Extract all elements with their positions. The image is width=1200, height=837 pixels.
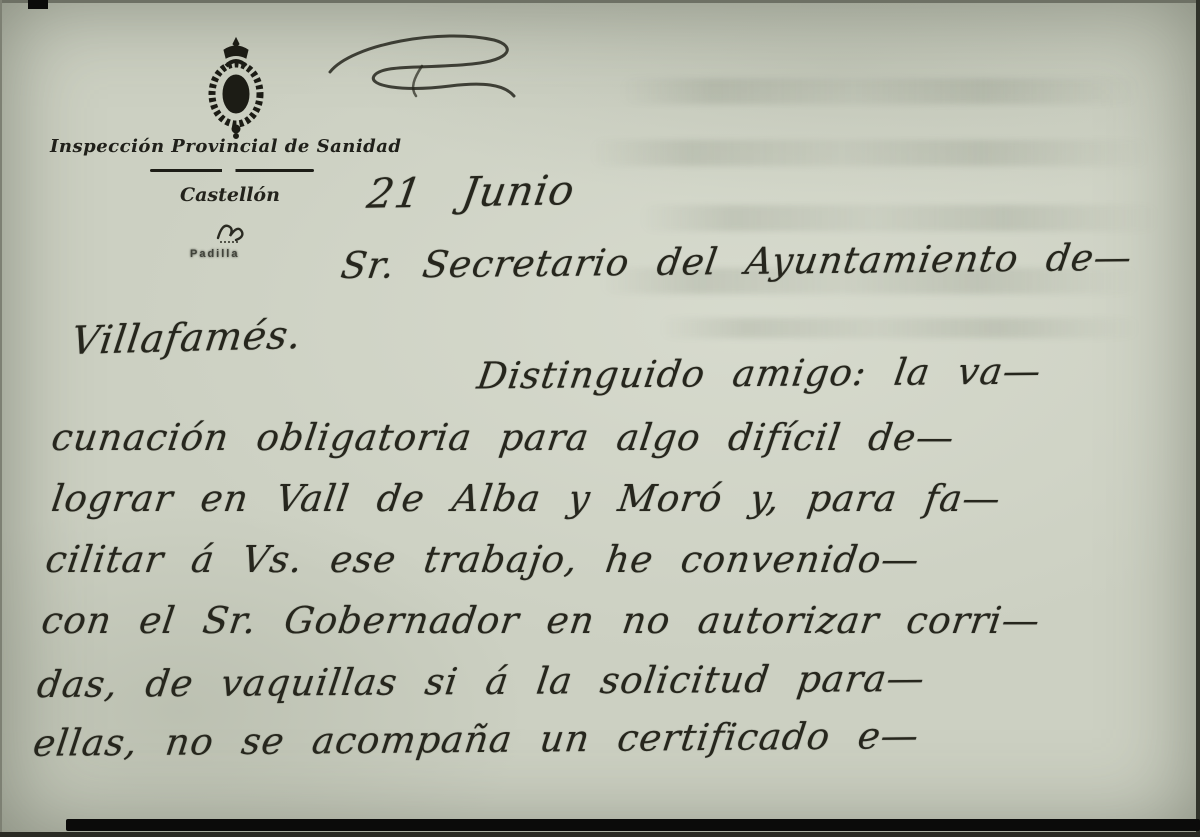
ink-flourish-icon <box>322 26 522 110</box>
handwritten-line: ellas, no se acompaña un certificado e— <box>31 714 922 765</box>
handwritten-line: cilitar á Vs. ese trabajo, he convenido— <box>43 538 923 581</box>
handwritten-date: 21 Junio <box>364 166 578 218</box>
letterhead-organization: Inspección Provincial de Sanidad <box>50 136 330 157</box>
scan-edge-bottom-bar <box>66 819 1200 831</box>
scan-edge-bottom-strip <box>0 832 1200 837</box>
handwritten-line: das, de vaquillas si á la solicitud para… <box>35 657 928 706</box>
scan-edge-left <box>0 0 2 837</box>
handwritten-line: lograr en Vall de Alba y Moró y, para fa… <box>49 477 1004 520</box>
letter-paper: Inspección Provincial de Sanidad Castell… <box>0 0 1200 837</box>
handwritten-line: Villafamés. <box>69 313 305 364</box>
scanned-letter: Inspección Provincial de Sanidad Castell… <box>0 0 1200 837</box>
royal-crest-icon <box>196 36 276 140</box>
bleed-through-mark <box>620 78 1140 104</box>
scan-edge-right <box>1196 0 1200 837</box>
bleed-through-mark <box>590 140 1150 166</box>
scan-edge-top <box>0 0 1200 3</box>
letterhead-rule <box>150 169 314 172</box>
letterhead-city: Castellón <box>180 184 280 206</box>
handwritten-line: cunación obligatoria para algo difícil d… <box>49 416 957 459</box>
handwritten-line: con el Sr. Gobernador en no autorizar co… <box>39 599 1043 642</box>
letterhead-printer-mark: Padilla <box>190 248 239 260</box>
bleed-through-mark <box>660 318 1140 338</box>
scan-corner-mark <box>28 0 48 9</box>
printer-ornament-icon <box>214 218 244 246</box>
bleed-through-mark <box>640 205 1160 231</box>
handwritten-line: Distinguido amigo: la va— <box>474 350 1044 398</box>
handwritten-line: Sr. Secretario del Ayuntamiento de— <box>338 236 1135 287</box>
